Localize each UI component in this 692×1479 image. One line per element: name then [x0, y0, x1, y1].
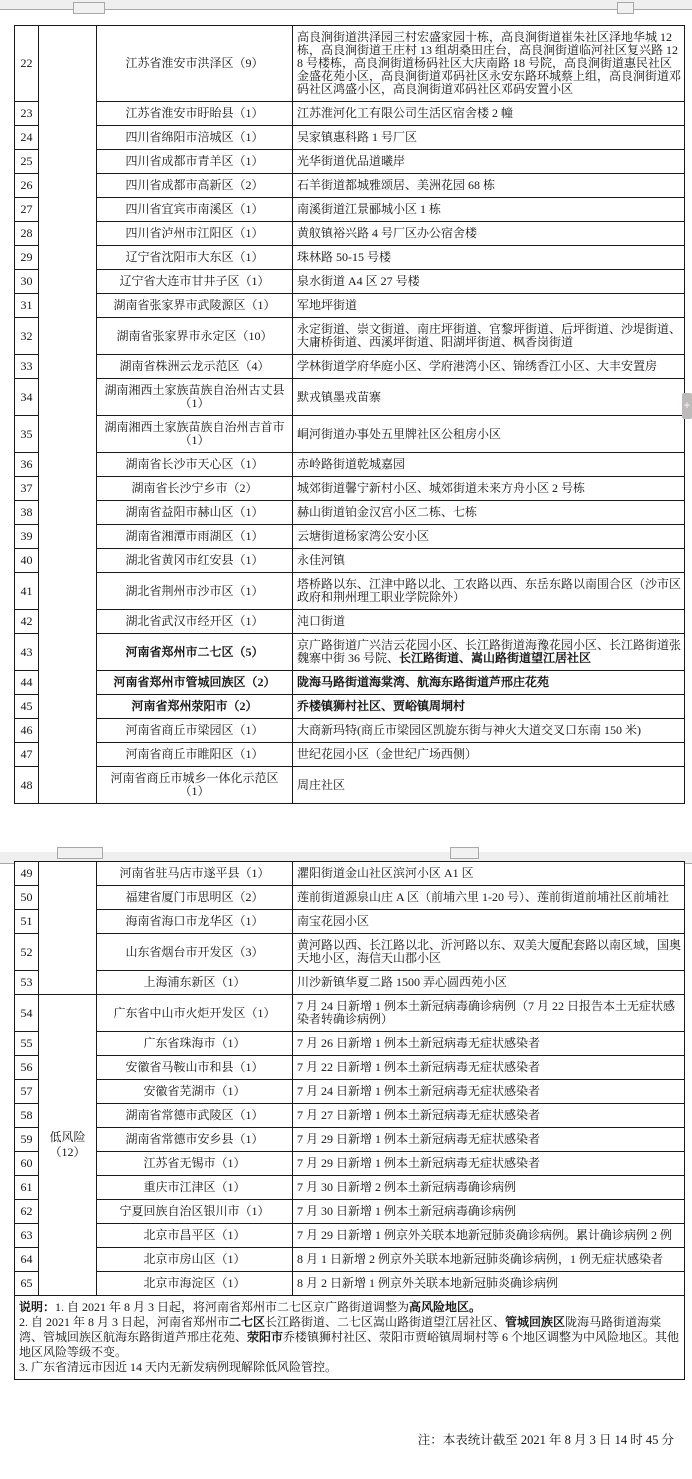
area-name-cell: 山东省烟台市开发区（3） — [97, 934, 293, 971]
text-segment: 川沙新镇华夏二路 1500 弄心圆西苑小区 — [297, 975, 507, 989]
row-number-cell: 64 — [15, 1248, 39, 1272]
row-number-cell: 55 — [15, 1032, 39, 1056]
area-detail-cell: 南溪街道江景郦城小区 1 栋 — [293, 198, 685, 222]
area-name-cell: 湖南省张家界市永定区（10） — [97, 318, 293, 355]
notes-cell: 说明：1. 自 2021 年 8 月 3 日起，将河南省郑州市二七区京广路街道调… — [15, 1296, 685, 1380]
area-name-cell: 湖南省长沙宁乡市（2） — [97, 477, 293, 501]
area-detail-cell: 军地坪街道 — [293, 294, 685, 318]
area-detail-cell: 永定街道、崇文街道、南庄坪街道、官黎坪街道、后坪街道、沙堤街道、大庸桥街道、西溪… — [293, 318, 685, 355]
area-name-cell: 海南省海口市龙华区（1） — [97, 910, 293, 934]
table-row: 45河南省郑州荥阳市（2）乔楼镇狮村社区、贾峪镇周垌村 — [15, 695, 685, 719]
text-segment: 3. 广东省清远市因近 14 天内无新发病例现解除低风险管控。 — [19, 1360, 337, 1374]
text-segment: 8 月 1 日新增 2 例京外关联本地新冠肺炎确诊病例，1 例无症状感染者 — [297, 1252, 663, 1266]
area-name-cell: 四川省泸州市江阳区（1） — [97, 222, 293, 246]
text-segment: 光华街道优品道曦岸 — [297, 154, 405, 168]
text-segment: 城郊街道馨宁新村小区、城郊街道未来方舟小区 2 号栋 — [297, 481, 585, 495]
table-row: 23江苏省淮安市盱眙县（1）江苏淮河化工有限公司生活区宿舍楼 2 幢 — [15, 102, 685, 126]
text-segment: 长江路街道、二七区嵩山路街道望江居社区、 — [265, 1315, 505, 1329]
area-name-cell: 河南省商丘市城乡一体化示范区（1） — [97, 767, 293, 804]
table-row: 37湖南省长沙宁乡市（2）城郊街道馨宁新村小区、城郊街道未来方舟小区 2 号栋 — [15, 477, 685, 501]
row-number-cell: 43 — [15, 634, 39, 671]
text-segment: 长江路街道、嵩山路街道望江居社区 — [399, 651, 591, 665]
row-number-cell: 29 — [15, 246, 39, 270]
area-name-cell: 河南省郑州荥阳市（2） — [97, 695, 293, 719]
area-detail-cell: 黄河路以西、长江路以北、沂河路以东、双美大厦配套路以南区域，国奥天地小区，海信天… — [293, 934, 685, 971]
table-row: 28四川省泸州市江阳区（1）黄舣镇裕兴路 4 号厂区办公宿舍楼 — [15, 222, 685, 246]
text-segment: 世纪花园小区（金世纪广场西侧） — [297, 747, 477, 761]
area-detail-cell: 黄舣镇裕兴路 4 号厂区办公宿舍楼 — [293, 222, 685, 246]
area-name-cell: 福建省厦门市思明区（2） — [97, 886, 293, 910]
area-name-cell: 湖北省黄冈市红安县（1） — [97, 549, 293, 573]
table-row: 25四川省成都市青羊区（1）光华街道优品道曦岸 — [15, 150, 685, 174]
area-detail-cell: 城郊街道馨宁新村小区、城郊街道未来方舟小区 2 号栋 — [293, 477, 685, 501]
row-number-cell: 31 — [15, 294, 39, 318]
table-row: 32湖南省张家界市永定区（10）永定街道、崇文街道、南庄坪街道、官黎坪街道、后坪… — [15, 318, 685, 355]
area-name-cell: 安徽省马鞍山市和县（1） — [97, 1056, 293, 1080]
row-number-cell: 48 — [15, 767, 39, 804]
row-number-cell: 26 — [15, 174, 39, 198]
row-number-cell: 30 — [15, 270, 39, 294]
row-number-cell: 40 — [15, 549, 39, 573]
notes-row: 说明：1. 自 2021 年 8 月 3 日起，将河南省郑州市二七区京广路街道调… — [15, 1296, 685, 1380]
text-segment: 二七区 — [229, 1315, 265, 1329]
table-row: 30辽宁省大连市甘井子区（1）泉水街道 A4 区 27 号楼 — [15, 270, 685, 294]
area-detail-cell: 高良涧街道洪泽园三村宏盛家园十栋，高良涧街道崔朱社区泽地华城 12 栋，高良涧街… — [293, 26, 685, 102]
page-margin-tab — [617, 2, 634, 14]
area-detail-cell: 永佳河镇 — [293, 549, 685, 573]
area-detail-cell: 8 月 2 日新增 1 例京外关联本地新冠肺炎确诊病例 — [293, 1272, 685, 1296]
table-row: 39湖南省湘潭市雨湖区（1）云塘街道杨家湾公安小区 — [15, 525, 685, 549]
page-margin-tab — [73, 2, 105, 14]
row-number-cell: 56 — [15, 1056, 39, 1080]
text-segment: 沌口街道 — [297, 614, 345, 628]
text-segment: 高良涧街道洪泽园三村宏盛家园十栋，高良涧街道崔朱社区泽地华城 12 栋，高良涧街… — [297, 30, 681, 96]
area-detail-cell: 学林街道学府华庭小区、学府港湾小区、锦绣香江小区、大丰安置房 — [293, 355, 685, 379]
risk-level-cell: 低风险（12） — [39, 995, 97, 1296]
area-name-cell: 四川省成都市高新区（2） — [97, 174, 293, 198]
table-row: 29辽宁省沈阳市大东区（1）珠林路 50-15 号楼 — [15, 246, 685, 270]
table-row: 49河南省驻马店市遂平县（1）灈阳街道金山社区滨河小区 A1 区 — [15, 862, 685, 886]
text-segment: 永定街道、崇文街道、南庄坪街道、官黎坪街道、后坪街道、沙堤街道、大庸桥街道、西溪… — [297, 322, 681, 349]
area-detail-cell: 7 月 30 日新增 1 例本土新冠病毒确诊病例 — [293, 1200, 685, 1224]
area-name-cell: 湖北省荆州市沙市区（1） — [97, 573, 293, 610]
area-name-cell: 湖南省常德市武陵区（1） — [97, 1104, 293, 1128]
text-segment: 说明： — [19, 1300, 55, 1314]
row-number-cell: 23 — [15, 102, 39, 126]
text-segment: 黄舣镇裕兴路 4 号厂区办公宿舍楼 — [297, 226, 477, 240]
text-segment: 吴家镇惠科路 1 号厂区 — [297, 130, 417, 144]
text-segment: 学林街道学府华庭小区、学府港湾小区、锦绣香江小区、大丰安置房 — [297, 359, 657, 373]
row-number-cell: 59 — [15, 1128, 39, 1152]
area-name-cell: 四川省成都市青羊区（1） — [97, 150, 293, 174]
page-margin-tab — [57, 847, 103, 859]
text-segment: 泉水街道 A4 区 27 号楼 — [297, 274, 420, 288]
area-name-cell: 湖南省长沙市天心区（1） — [97, 453, 293, 477]
area-name-cell: 四川省宜宾市南溪区（1） — [97, 198, 293, 222]
table-row: 34湖南湘西土家族苗族自治州古丈县（1）默戎镇墨戎苗寨 — [15, 379, 685, 416]
row-number-cell: 37 — [15, 477, 39, 501]
row-number-cell: 36 — [15, 453, 39, 477]
area-detail-cell: 赤岭路街道乾城嘉园 — [293, 453, 685, 477]
area-name-cell: 湖南省株洲云龙示范区（4） — [97, 355, 293, 379]
table-row: 56安徽省马鞍山市和县（1）7 月 22 日新增 1 例本土新冠病毒无症状感染者 — [15, 1056, 685, 1080]
area-detail-cell: 珠林路 50-15 号楼 — [293, 246, 685, 270]
row-number-cell: 35 — [15, 416, 39, 453]
table-row: 42湖北省武汉市经开区（1）沌口街道 — [15, 610, 685, 634]
row-number-cell: 58 — [15, 1104, 39, 1128]
text-segment: 8 月 2 日新增 1 例京外关联本地新冠肺炎确诊病例 — [297, 1276, 558, 1290]
text-segment: 大商新玛特(商丘市梁园区凯旋东街与神火大道交叉口东南 150 米) — [297, 723, 641, 737]
risk-area-table-page1: 22江苏省淮安市洪泽区（9）高良涧街道洪泽园三村宏盛家园十栋，高良涧街道崔朱社区… — [14, 25, 685, 804]
text-segment: 莲前街道源泉山庄 A 区（前埔六里 1-20 号）、莲前街道前埔社区前埔社 — [297, 890, 669, 904]
area-name-cell: 辽宁省大连市甘井子区（1） — [97, 270, 293, 294]
table-row: 27四川省宜宾市南溪区（1）南溪街道江景郦城小区 1 栋 — [15, 198, 685, 222]
area-detail-cell: 石羊街道都城雅颂居、美洲花园 68 栋 — [293, 174, 685, 198]
table-row: 59湖南省常德市安乡县（1）7 月 29 日新增 1 例本土新冠病毒无症状感染者 — [15, 1128, 685, 1152]
text-segment: 灈阳街道金山社区滨河小区 A1 区 — [297, 866, 474, 880]
table-row: 47河南省商丘市睢阳区（1）世纪花园小区（金世纪广场西侧） — [15, 743, 685, 767]
risk-level-cell — [39, 862, 97, 995]
text-segment: 赤岭路街道乾城嘉园 — [297, 457, 405, 471]
row-number-cell: 27 — [15, 198, 39, 222]
area-detail-cell: 川沙新镇华夏二路 1500 弄心圆西苑小区 — [293, 971, 685, 995]
text-segment: 军地坪街道 — [297, 298, 357, 312]
table-row: 58湖南省常德市武陵区（1）7 月 27 日新增 1 例本土新冠病毒无症状感染者 — [15, 1104, 685, 1128]
table-row: 40湖北省黄冈市红安县（1）永佳河镇 — [15, 549, 685, 573]
text-segment: 珠林路 50-15 号楼 — [297, 250, 391, 264]
table-row: 35湖南湘西土家族苗族自治州吉首市（1）峒河街道办事处五里牌社区公租房小区 — [15, 416, 685, 453]
table-row: 62宁夏回族自治区银川市（1）7 月 30 日新增 1 例本土新冠病毒确诊病例 — [15, 1200, 685, 1224]
area-detail-cell: 7 月 26 日新增 1 例本土新冠病毒无症状感染者 — [293, 1032, 685, 1056]
table-row: 63北京市昌平区（1）7 月 29 日新增 1 例京外关联本地新冠肺炎确诊病例。… — [15, 1224, 685, 1248]
row-number-cell: 32 — [15, 318, 39, 355]
text-segment: 塔桥路以东、江津中路以北、工农路以西、东岳东路以南围合区（沙市区政府和荆州理工职… — [297, 577, 681, 604]
text-segment: 7 月 24 日新增 1 例本土新冠病毒确诊病例（7 月 22 日报告本土无症状… — [297, 999, 675, 1026]
row-number-cell: 63 — [15, 1224, 39, 1248]
text-segment: 低风险 — [49, 1130, 85, 1144]
area-name-cell: 四川省绵阳市涪城区（1） — [97, 126, 293, 150]
area-detail-cell: 泉水街道 A4 区 27 号楼 — [293, 270, 685, 294]
text-segment: 南溪街道江景郦城小区 1 栋 — [297, 202, 441, 216]
area-detail-cell: 江苏淮河化工有限公司生活区宿舍楼 2 幢 — [293, 102, 685, 126]
row-number-cell: 42 — [15, 610, 39, 634]
area-name-cell: 江苏省淮安市洪泽区（9） — [97, 26, 293, 102]
area-detail-cell: 7 月 29 日新增 1 例京外关联本地新冠肺炎确诊病例。累计确诊病例 2 例 — [293, 1224, 685, 1248]
area-detail-cell: 默戎镇墨戎苗寨 — [293, 379, 685, 416]
risk-area-table-body-1: 22江苏省淮安市洪泽区（9）高良涧街道洪泽园三村宏盛家园十栋，高良涧街道崔朱社区… — [15, 26, 685, 804]
text-segment: 7 月 24 日新增 1 例本土新冠病毒无症状感染者 — [297, 1084, 540, 1098]
text-segment: （12） — [49, 1145, 85, 1159]
area-detail-cell: 周庄社区 — [293, 767, 685, 804]
row-number-cell: 54 — [15, 995, 39, 1032]
area-name-cell: 湖南省张家界市武陵源区（1） — [97, 294, 293, 318]
table-row: 61重庆市江津区（1）7 月 30 日新增 2 例本土新冠病毒确诊病例 — [15, 1176, 685, 1200]
area-detail-cell: 莲前街道源泉山庄 A 区（前埔六里 1-20 号）、莲前街道前埔社区前埔社 — [293, 886, 685, 910]
text-segment: 周庄社区 — [297, 778, 345, 792]
row-number-cell: 44 — [15, 671, 39, 695]
table-row: 57安徽省芜湖市（1）7 月 24 日新增 1 例本土新冠病毒无症状感染者 — [15, 1080, 685, 1104]
text-segment: 南宝花园小区 — [297, 914, 369, 928]
area-detail-cell: 云塘街道杨家湾公安小区 — [293, 525, 685, 549]
area-name-cell: 湖南湘西土家族苗族自治州吉首市（1） — [97, 416, 293, 453]
area-detail-cell: 陇海马路街道海棠湾、航海东路街道芦邢庄花苑 — [293, 671, 685, 695]
area-name-cell: 湖南省常德市安乡县（1） — [97, 1128, 293, 1152]
row-number-cell: 34 — [15, 379, 39, 416]
area-detail-cell: 沌口街道 — [293, 610, 685, 634]
table-row: 64北京市房山区（1）8 月 1 日新增 2 例京外关联本地新冠肺炎确诊病例，1… — [15, 1248, 685, 1272]
area-name-cell: 辽宁省沈阳市大东区（1） — [97, 246, 293, 270]
area-detail-cell: 灈阳街道金山社区滨河小区 A1 区 — [293, 862, 685, 886]
area-detail-cell: 7 月 30 日新增 2 例本土新冠病毒确诊病例 — [293, 1176, 685, 1200]
row-number-cell: 49 — [15, 862, 39, 886]
table-row: 51海南省海口市龙华区（1）南宝花园小区 — [15, 910, 685, 934]
area-name-cell: 江苏省淮安市盱眙县（1） — [97, 102, 293, 126]
table-row: 33湖南省株洲云龙示范区（4）学林街道学府华庭小区、学府港湾小区、锦绣香江小区、… — [15, 355, 685, 379]
area-name-cell: 重庆市江津区（1） — [97, 1176, 293, 1200]
row-number-cell: 60 — [15, 1152, 39, 1176]
area-name-cell: 安徽省芜湖市（1） — [97, 1080, 293, 1104]
table-row: 50福建省厦门市思明区（2）莲前街道源泉山庄 A 区（前埔六里 1-20 号）、… — [15, 886, 685, 910]
risk-area-table-body-2: 49河南省驻马店市遂平县（1）灈阳街道金山社区滨河小区 A1 区50福建省厦门市… — [15, 862, 685, 1380]
text-segment: 江苏淮河化工有限公司生活区宿舍楼 2 幢 — [297, 106, 513, 120]
risk-level-cell — [39, 26, 97, 804]
row-number-cell: 53 — [15, 971, 39, 995]
text-segment: 峒河街道办事处五里牌社区公租房小区 — [297, 427, 501, 441]
text-segment: 赫山街道铂金汉宫小区二栋、七栋 — [297, 505, 477, 519]
table-row: 54低风险（12）广东省中山市火炬开发区（1）7 月 24 日新增 1 例本土新… — [15, 995, 685, 1032]
table-row: 31湖南省张家界市武陵源区（1）军地坪街道 — [15, 294, 685, 318]
row-number-cell: 38 — [15, 501, 39, 525]
area-detail-cell: 光华街道优品道曦岸 — [293, 150, 685, 174]
text-segment: 7 月 26 日新增 1 例本土新冠病毒无症状感染者 — [297, 1036, 540, 1050]
table-row: 44河南省郑州市管城回族区（2）陇海马路街道海棠湾、航海东路街道芦邢庄花苑 — [15, 671, 685, 695]
text-segment: 管城回族区 — [505, 1315, 565, 1329]
area-detail-cell: 赫山街道铂金汉宫小区二栋、七栋 — [293, 501, 685, 525]
area-name-cell: 湖南省益阳市赫山区（1） — [97, 501, 293, 525]
table-row: 26四川省成都市高新区（2）石羊街道都城雅颂居、美洲花园 68 栋 — [15, 174, 685, 198]
text-segment: 云塘街道杨家湾公安小区 — [297, 529, 429, 543]
table-row: 65北京市海淀区（1）8 月 2 日新增 1 例京外关联本地新冠肺炎确诊病例 — [15, 1272, 685, 1296]
area-name-cell: 上海浦东新区（1） — [97, 971, 293, 995]
area-detail-cell: 世纪花园小区（金世纪广场西侧） — [293, 743, 685, 767]
row-number-cell: 24 — [15, 126, 39, 150]
risk-area-table-page2: 49河南省驻马店市遂平县（1）灈阳街道金山社区滨河小区 A1 区50福建省厦门市… — [14, 861, 685, 1380]
text-segment: 7 月 29 日新增 1 例本土新冠病毒无症状感染者 — [297, 1132, 540, 1146]
table-row: 38湖南省益阳市赫山区（1）赫山街道铂金汉宫小区二栋、七栋 — [15, 501, 685, 525]
table-row: 24四川省绵阳市涪城区（1）吴家镇惠科路 1 号厂区 — [15, 126, 685, 150]
table-row: 52山东省烟台市开发区（3）黄河路以西、长江路以北、沂河路以东、双美大厦配套路以… — [15, 934, 685, 971]
row-number-cell: 62 — [15, 1200, 39, 1224]
table-row: 22江苏省淮安市洪泽区（9）高良涧街道洪泽园三村宏盛家园十栋，高良涧街道崔朱社区… — [15, 26, 685, 102]
area-name-cell: 宁夏回族自治区银川市（1） — [97, 1200, 293, 1224]
row-number-cell: 47 — [15, 743, 39, 767]
row-number-cell: 45 — [15, 695, 39, 719]
text-segment: 7 月 27 日新增 1 例本土新冠病毒无症状感染者 — [297, 1108, 540, 1122]
row-number-cell: 50 — [15, 886, 39, 910]
area-name-cell: 河南省郑州市二七区（5） — [97, 634, 293, 671]
table-row: 36湖南省长沙市天心区（1）赤岭路街道乾城嘉园 — [15, 453, 685, 477]
area-name-cell: 河南省郑州市管城回族区（2） — [97, 671, 293, 695]
area-name-cell: 江苏省无锡市（1） — [97, 1152, 293, 1176]
area-name-cell: 河南省驻马店市遂平县（1） — [97, 862, 293, 886]
area-name-cell: 湖南湘西土家族苗族自治州古丈县（1） — [97, 379, 293, 416]
area-detail-cell: 吴家镇惠科路 1 号厂区 — [293, 126, 685, 150]
text-segment: 1. 自 2021 年 8 月 3 日起，将河南省郑州市二七区京广路街道调整为 — [55, 1300, 409, 1314]
area-detail-cell: 7 月 22 日新增 1 例本土新冠病毒无症状感染者 — [293, 1056, 685, 1080]
area-name-cell: 湖南省湘潭市雨湖区（1） — [97, 525, 293, 549]
text-segment: 高风险地区。 — [409, 1300, 481, 1314]
table-row: 43河南省郑州市二七区（5）京广路街道广兴洁云花园小区、长江路街道海豫花园小区、… — [15, 634, 685, 671]
row-number-cell: 65 — [15, 1272, 39, 1296]
row-number-cell: 33 — [15, 355, 39, 379]
text-segment: 7 月 22 日新增 1 例本土新冠病毒无症状感染者 — [297, 1060, 540, 1074]
table-row: 48河南省商丘市城乡一体化示范区（1）周庄社区 — [15, 767, 685, 804]
table-row: 41湖北省荆州市沙市区（1）塔桥路以东、江津中路以北、工农路以西、东岳东路以南围… — [15, 573, 685, 610]
document-page: 22江苏省淮安市洪泽区（9）高良涧街道洪泽园三村宏盛家园十栋，高良涧街道崔朱社区… — [0, 0, 692, 1479]
area-name-cell: 河南省商丘市睢阳区（1） — [97, 743, 293, 767]
area-name-cell: 广东省中山市火炬开发区（1） — [97, 995, 293, 1032]
row-number-cell: 61 — [15, 1176, 39, 1200]
row-number-cell: 57 — [15, 1080, 39, 1104]
area-detail-cell: 乔楼镇狮村社区、贾峪镇周垌村 — [293, 695, 685, 719]
text-segment: 默戎镇墨戎苗寨 — [297, 390, 381, 404]
row-number-cell: 46 — [15, 719, 39, 743]
table-row: 55广东省珠海市（1）7 月 26 日新增 1 例本土新冠病毒无症状感染者 — [15, 1032, 685, 1056]
scroll-plus-icon[interactable]: + — [682, 393, 692, 419]
text-segment: 永佳河镇 — [297, 553, 345, 567]
area-detail-cell: 南宝花园小区 — [293, 910, 685, 934]
text-segment: 7 月 30 日新增 1 例本土新冠病毒确诊病例 — [297, 1204, 516, 1218]
text-segment: 7 月 29 日新增 1 例京外关联本地新冠肺炎确诊病例。累计确诊病例 2 例 — [297, 1228, 672, 1242]
area-detail-cell: 塔桥路以东、江津中路以北、工农路以西、东岳东路以南围合区（沙市区政府和荆州理工职… — [293, 573, 685, 610]
text-segment: 黄河路以西、长江路以北、沂河路以东、双美大厦配套路以南区域，国奥天地小区，海信天… — [297, 938, 681, 965]
text-segment: 荥阳市 — [247, 1330, 283, 1344]
row-number-cell: 25 — [15, 150, 39, 174]
area-detail-cell: 京广路街道广兴洁云花园小区、长江路街道海豫花园小区、长江路街道张魏寨中街 36 … — [293, 634, 685, 671]
table-row: 53上海浦东新区（1）川沙新镇华夏二路 1500 弄心圆西苑小区 — [15, 971, 685, 995]
area-name-cell: 湖北省武汉市经开区（1） — [97, 610, 293, 634]
row-number-cell: 22 — [15, 26, 39, 102]
footer-note: 注：本表统计截至 2021 年 8 月 3 日 14 时 45 分 — [0, 1430, 690, 1448]
area-detail-cell: 7 月 27 日新增 1 例本土新冠病毒无症状感染者 — [293, 1104, 685, 1128]
area-name-cell: 河南省商丘市梁园区（1） — [97, 719, 293, 743]
text-segment: 乔楼镇狮村社区、贾峪镇周垌村 — [297, 699, 465, 713]
table-row: 60江苏省无锡市（1）7 月 29 日新增 1 例本土新冠病毒无症状感染者 — [15, 1152, 685, 1176]
row-number-cell: 41 — [15, 573, 39, 610]
area-detail-cell: 大商新玛特(商丘市梁园区凯旋东街与神火大道交叉口东南 150 米) — [293, 719, 685, 743]
area-detail-cell: 7 月 29 日新增 1 例本土新冠病毒无症状感染者 — [293, 1152, 685, 1176]
text-segment: 7 月 29 日新增 1 例本土新冠病毒无症状感染者 — [297, 1156, 540, 1170]
area-name-cell: 广东省珠海市（1） — [97, 1032, 293, 1056]
area-name-cell: 北京市昌平区（1） — [97, 1224, 293, 1248]
area-detail-cell: 7 月 24 日新增 1 例本土新冠病毒确诊病例（7 月 22 日报告本土无症状… — [293, 995, 685, 1032]
table-row: 46河南省商丘市梁园区（1）大商新玛特(商丘市梁园区凯旋东街与神火大道交叉口东南… — [15, 719, 685, 743]
area-detail-cell: 7 月 24 日新增 1 例本土新冠病毒无症状感染者 — [293, 1080, 685, 1104]
row-number-cell: 51 — [15, 910, 39, 934]
row-number-cell: 28 — [15, 222, 39, 246]
row-number-cell: 39 — [15, 525, 39, 549]
text-segment: 石羊街道都城雅颂居、美洲花园 68 栋 — [297, 178, 495, 192]
row-number-cell: 52 — [15, 934, 39, 971]
text-segment: 2. 自 2021 年 8 月 3 日起，河南省郑州市 — [19, 1315, 229, 1329]
area-detail-cell: 7 月 29 日新增 1 例本土新冠病毒无症状感染者 — [293, 1128, 685, 1152]
text-segment: 7 月 30 日新增 2 例本土新冠病毒确诊病例 — [297, 1180, 516, 1194]
page-margin-tab — [450, 847, 479, 859]
area-detail-cell: 峒河街道办事处五里牌社区公租房小区 — [293, 416, 685, 453]
area-name-cell: 北京市海淀区（1） — [97, 1272, 293, 1296]
area-detail-cell: 8 月 1 日新增 2 例京外关联本地新冠肺炎确诊病例，1 例无症状感染者 — [293, 1248, 685, 1272]
area-name-cell: 北京市房山区（1） — [97, 1248, 293, 1272]
text-segment: 陇海马路街道海棠湾、航海东路街道芦邢庄花苑 — [297, 675, 549, 689]
